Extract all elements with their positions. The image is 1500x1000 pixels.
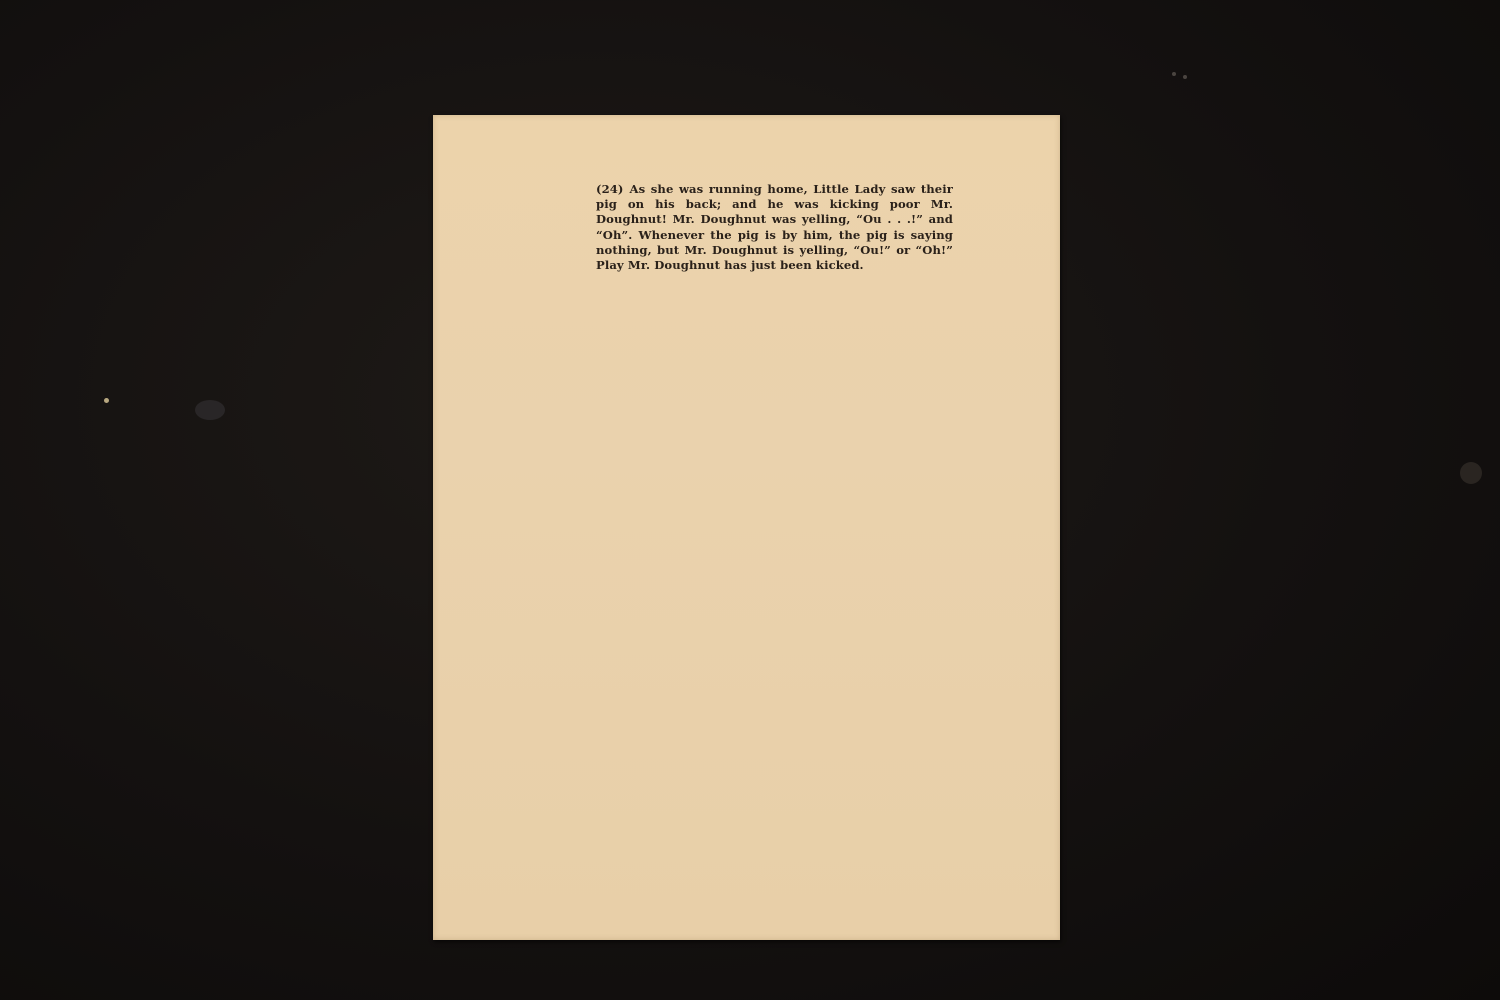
smudge: [1460, 462, 1482, 484]
card-body: As she was running home, Little Lady saw…: [596, 182, 953, 272]
dust-speck: [104, 398, 109, 403]
card-text: (24)As she was running home, Little Lady…: [596, 182, 953, 273]
item-number: (24): [596, 182, 624, 196]
dust-speck: [1172, 72, 1176, 76]
smudge: [195, 400, 225, 420]
dust-speck: [1183, 75, 1187, 79]
card: (24)As she was running home, Little Lady…: [433, 115, 1060, 940]
